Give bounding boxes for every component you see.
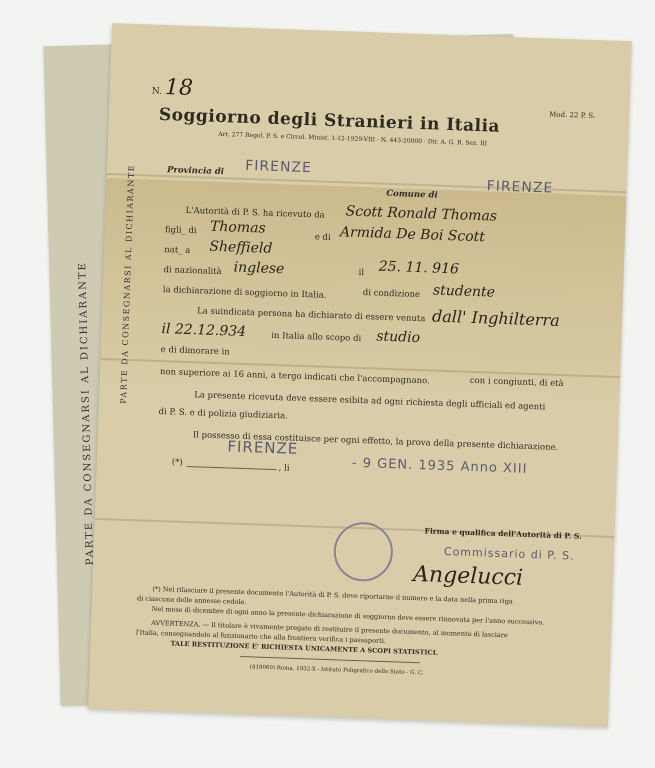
doc-model: Mod. 22 P. S. <box>549 110 595 120</box>
field-label: nat_ a <box>164 245 190 256</box>
front-document: N. 18 Soggiorno degli Stranieri in Itali… <box>88 23 632 727</box>
doc-number: N. 18 <box>151 75 193 101</box>
signature-stamp: Commissario di P. S. <box>444 545 575 563</box>
printer-divider <box>240 656 420 663</box>
date-label: , li <box>279 463 290 473</box>
back-side-text: PARTE DA CONSEGNARSI AL DICHIARANTE <box>77 261 96 565</box>
field-label: figli_ di <box>165 225 197 236</box>
field-value-condition: studente <box>433 283 496 301</box>
signature: Angelucci <box>413 562 524 591</box>
field-value-birthdate: 25. 11. 916 <box>379 259 460 278</box>
field-value-nationality: inglese <box>233 260 284 278</box>
place-stamp: FIRENZE <box>227 437 299 457</box>
printer-line: (418060) Roma, 1932-X - Istituto Poligra… <box>250 664 424 676</box>
place-line <box>187 466 277 470</box>
field-value-birthplace: Sheffield <box>209 239 273 257</box>
doc-title: Soggiorno degli Stranieri in Italia <box>159 105 501 137</box>
field-label: di condizione <box>363 288 421 300</box>
comune-stamp: FIRENZE <box>486 178 553 196</box>
signature-label: Firma e qualifica dell'Autorità di P. S. <box>424 526 581 540</box>
arrival-date: il 22.12.934 <box>161 321 246 340</box>
official-seal <box>333 521 394 582</box>
field-value-father: Thomas <box>210 219 266 237</box>
comune-label: Comune di <box>386 189 438 201</box>
purpose: studio <box>376 329 420 347</box>
field-label: e di <box>315 232 331 243</box>
place-label: (*) <box>172 457 183 467</box>
provincia-stamp: FIRENZE <box>245 158 312 176</box>
provincia-label: Provincia di <box>167 165 224 177</box>
field-label: di nazionalità <box>163 265 222 277</box>
date-stamp: - 9 GEN. 1935 Anno XIII <box>352 456 528 477</box>
field-label: il <box>358 268 364 278</box>
para-4b: di P. S. e di polizia giudiziaria. <box>158 407 288 422</box>
